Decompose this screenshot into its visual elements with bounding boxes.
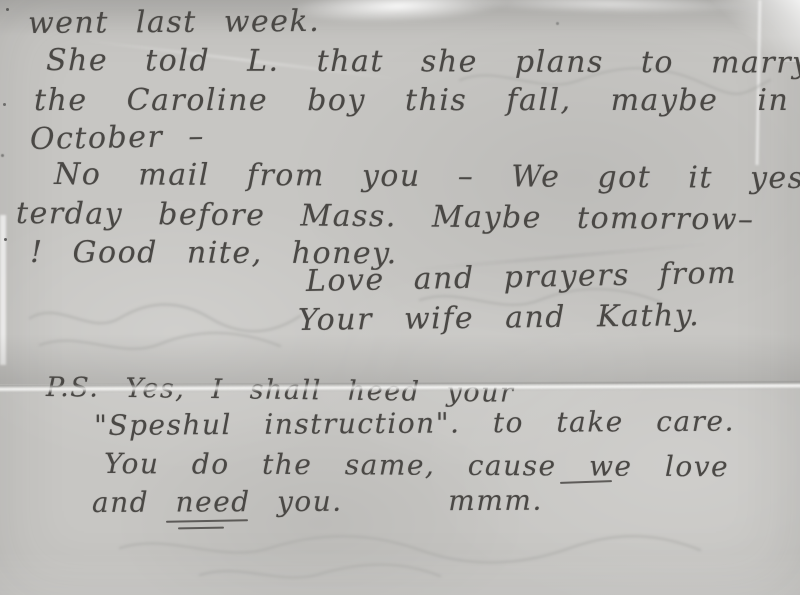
underline-mark-need (166, 519, 248, 522)
handwritten-line: terday before Mass. Maybe tomorrow– (16, 196, 755, 237)
postscript-line: "Speshul instruction". to take care. (94, 405, 735, 442)
postscript-line: and need you. mmm. (92, 484, 543, 519)
letter-page: went last week. She told L. that she pla… (0, 0, 800, 595)
handwritten-line: went last week. (28, 4, 320, 41)
handwritten-line: October – (30, 119, 205, 157)
paper-crumple-highlight (288, 0, 509, 26)
handwritten-line: the Caroline boy this fall, maybe in (34, 83, 789, 118)
postscript-line: You do the same, cause we love (104, 447, 729, 483)
closing-line: Love and prayers from (306, 256, 738, 299)
postscript-line: P.S. Yes, I shall heed your (46, 372, 515, 409)
paper-edge-highlight (0, 215, 6, 365)
handwritten-line: She told L. that she plans to marry (46, 43, 800, 81)
paper-bottom-shading (0, 551, 800, 595)
underline-mark-need-second (178, 527, 224, 530)
paper-specks (6, 8, 9, 11)
signature-line: Your wife and Kathy. (298, 298, 701, 338)
paper-crumple-highlight (470, 0, 750, 16)
handwritten-line: No mail from you – We got it yes– (54, 157, 800, 196)
underline-mark-love (560, 480, 612, 484)
